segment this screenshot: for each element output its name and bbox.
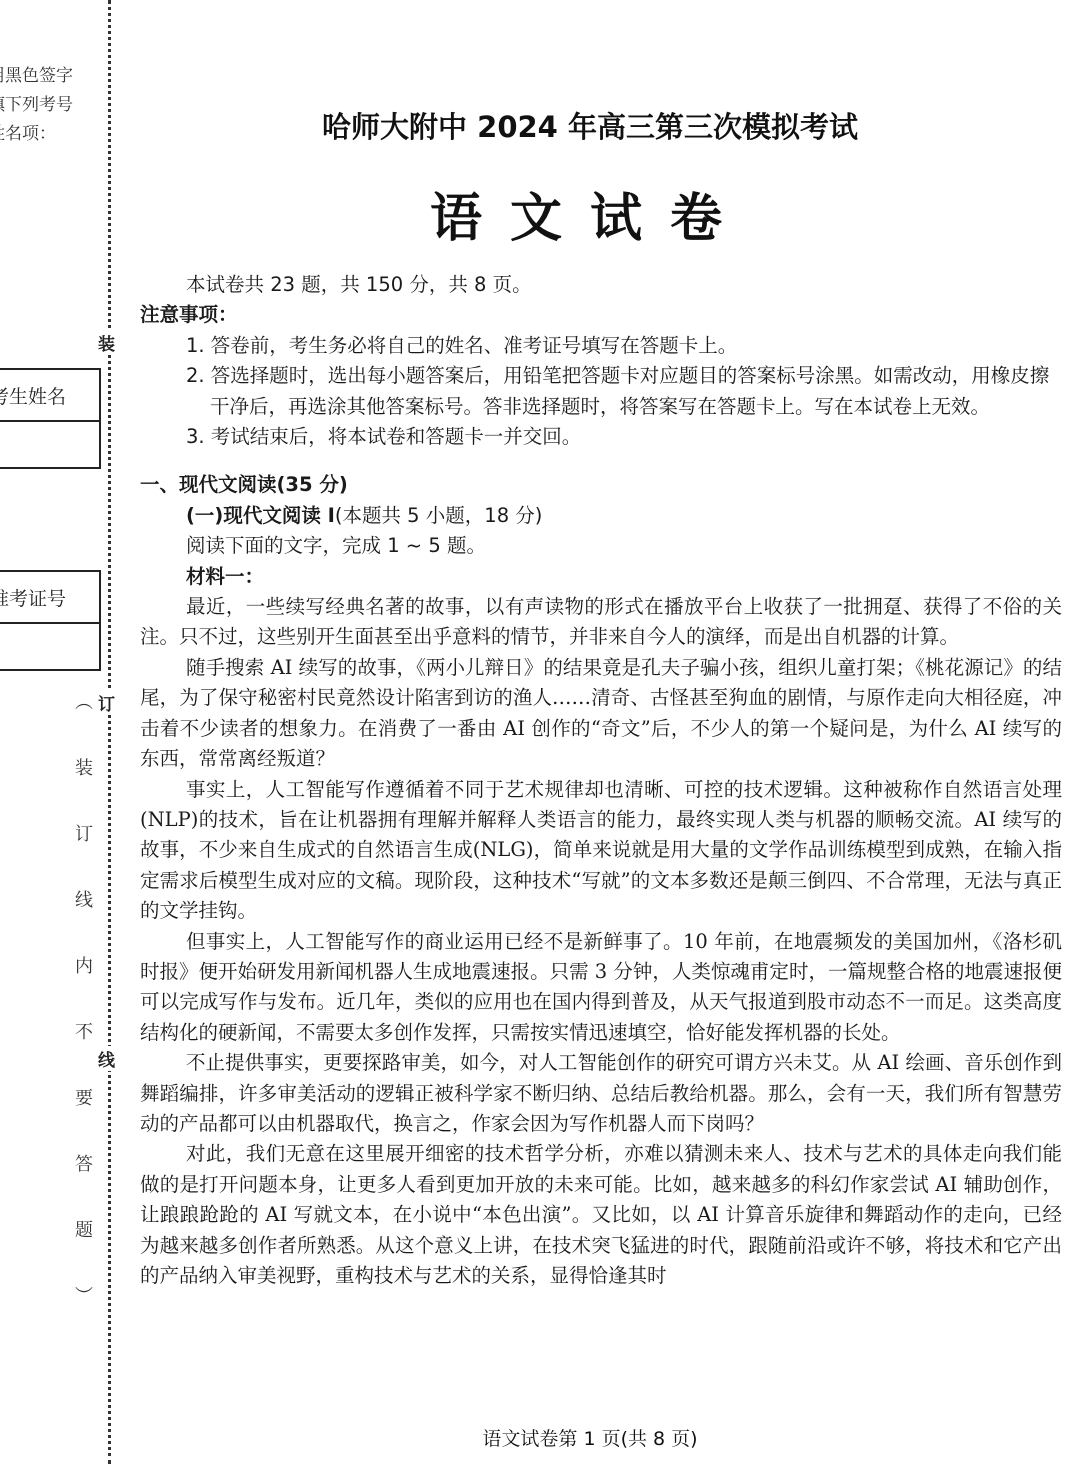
reading-instruction: 阅读下面的文字，完成 1 ~ 5 题。 <box>140 531 1062 561</box>
subsection-note: (本题共 5 小题，18 分) <box>335 504 543 527</box>
exam-intro: 本试卷共 23 题，共 150 分，共 8 页。 <box>140 270 1062 300</box>
notice-item: 1. 答卷前，考生务必将自己的姓名、准考证号填写在答题卡上。 <box>140 331 1062 361</box>
notice-item: 2. 答选择题时，选出每小题答案后，用铅笔把答题卡对应题目的答案标号涂黑。如需改… <box>140 361 1062 422</box>
binding-label-zhuang: 装 <box>98 330 115 355</box>
warning-char: 要 <box>66 1084 102 1150</box>
margin-instruction-line: 用黑色签字 <box>0 62 100 91</box>
page-footer: 语文试卷第 1 页(共 8 页) <box>130 1424 1050 1451</box>
warning-char: ︶ <box>66 1282 102 1348</box>
exam-number-field: 准考证号 <box>0 570 101 671</box>
subsection-heading: (一)现代文阅读 I(本题共 5 小题，18 分) <box>140 501 1062 531</box>
binding-warning-vertical: ︵ 装 订 线 内 不 要 答 题 ︶ <box>66 688 102 1348</box>
passage-paragraph: 但事实上，人工智能写作的商业运用已经不是新鲜事了。10 年前，在地震频发的美国加… <box>140 927 1062 1049</box>
passage-paragraph: 对此，我们无意在这里展开细密的技术哲学分析，亦难以猜测未来人、技术与艺术的具体走… <box>140 1139 1062 1291</box>
warning-char: 订 <box>66 820 102 886</box>
notice-heading: 注意事项： <box>140 300 1062 330</box>
warning-char: 答 <box>66 1150 102 1216</box>
warning-char: 线 <box>66 886 102 952</box>
notice-item: 3. 考试结束后，将本试卷和答题卡一并交回。 <box>140 422 1062 452</box>
warning-char: 装 <box>66 754 102 820</box>
student-name-input[interactable] <box>0 422 99 467</box>
exam-number-label: 准考证号 <box>0 584 66 611</box>
subsection-title: (一)现代文阅读 I <box>186 504 335 527</box>
passage-paragraph: 随手搜索 AI 续写的故事，《两小儿辩日》的结果竟是孔夫子骗小孩，组织儿童打架；… <box>140 653 1062 775</box>
warning-char: 题 <box>66 1216 102 1282</box>
warning-char: ︵ <box>66 688 102 754</box>
warning-char: 内 <box>66 952 102 1018</box>
section-title: 一、现代文阅读(35 分) <box>140 470 1062 500</box>
exam-content: 本试卷共 23 题，共 150 分，共 8 页。 注意事项： 1. 答卷前，考生… <box>140 270 1062 1291</box>
passage-paragraph: 事实上，人工智能写作遵循着不同于艺术规律却也清晰、可控的技术逻辑。这种被称作自然… <box>140 775 1062 927</box>
student-name-field: 考生姓名 <box>0 368 101 469</box>
paper-title: 语文试卷 <box>130 176 1050 251</box>
passage-paragraph: 最近，一些续写经典名著的故事，以有声读物的形式在播放平台上收获了一批拥趸、获得了… <box>140 592 1062 653</box>
exam-number-input[interactable] <box>0 624 99 669</box>
student-name-label: 考生姓名 <box>0 382 66 409</box>
binding-dotted-line <box>108 0 111 1464</box>
passage-paragraph: 不止提供事实，更要探路审美，如今，对人工智能创作的研究可谓方兴未艾。从 AI 绘… <box>140 1048 1062 1139</box>
material-label: 材料一： <box>140 562 1062 592</box>
warning-char: 不 <box>66 1018 102 1084</box>
exam-title: 哈师大附中 2024 年高三第三次模拟考试 <box>0 105 1080 146</box>
